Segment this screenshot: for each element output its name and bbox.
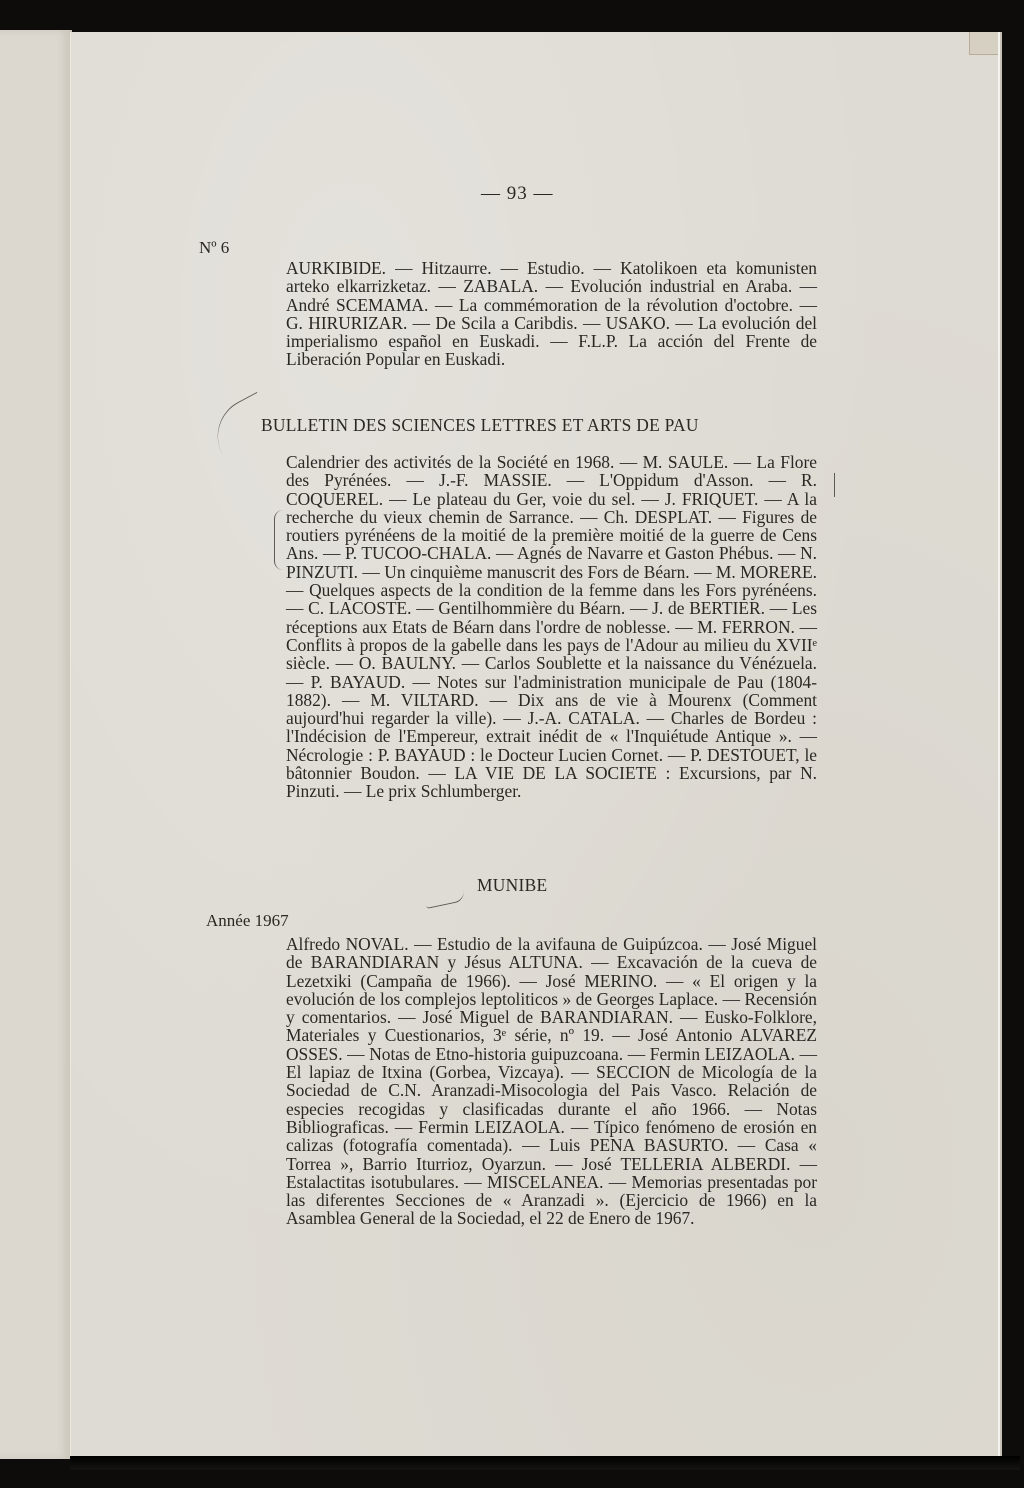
pencil-bracket-icon xyxy=(274,510,283,570)
page-number: — 93 — xyxy=(481,183,554,205)
page-bottom-shadow xyxy=(70,1456,1020,1470)
scanned-book-spread: — 93 — Nº 6 AURKIBIDE. — Hitzaurre. — Es… xyxy=(0,0,1024,1488)
year-label: Année 1967 xyxy=(206,911,289,931)
issue-6-contents: AURKIBIDE. — Hitzaurre. — Estudio. — Kat… xyxy=(286,259,817,369)
left-page-edge xyxy=(0,30,72,1459)
section-title-munibe: MUNIBE xyxy=(477,875,547,896)
bulletin-pau-contents: Calendrier des activités de la Société e… xyxy=(286,453,817,801)
issue-number-label: Nº 6 xyxy=(199,238,229,258)
pencil-mark-icon xyxy=(834,473,836,497)
munibe-contents: Alfredo NOVAL. — Estudio de la avifauna … xyxy=(286,935,817,1228)
section-title-bulletin-pau: BULLETIN DES SCIENCES LETTRES ET ARTS DE… xyxy=(261,415,699,436)
folded-corner xyxy=(969,32,998,55)
